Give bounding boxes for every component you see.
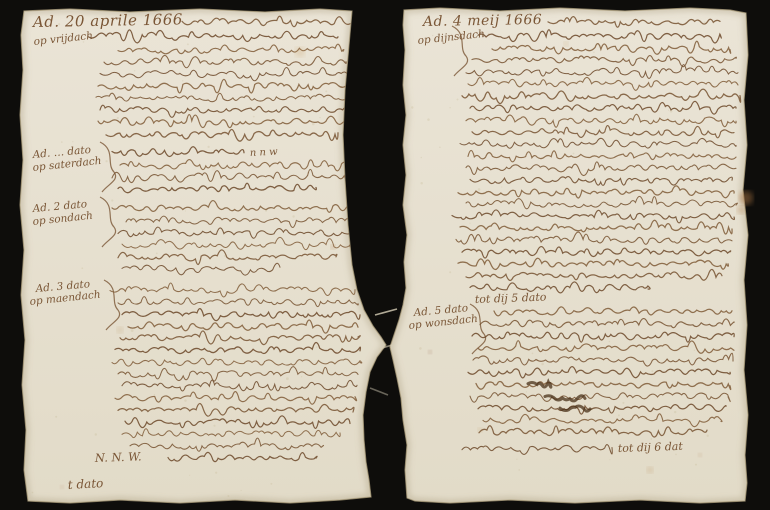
paper-speckle bbox=[707, 435, 709, 437]
paper-speckle bbox=[301, 376, 302, 377]
paper-speckle bbox=[650, 438, 652, 440]
paper-speckle bbox=[189, 475, 190, 476]
paper-speckle bbox=[227, 495, 229, 497]
foxing-stain bbox=[428, 350, 432, 354]
paper-speckle bbox=[609, 341, 611, 343]
inline-word: N. N. W. bbox=[94, 449, 142, 465]
paper-speckle bbox=[573, 153, 575, 155]
paper-speckle bbox=[427, 118, 430, 121]
paper-speckle bbox=[156, 253, 158, 255]
foxing-stain bbox=[647, 467, 653, 473]
foxing-stain bbox=[295, 47, 305, 57]
left-page: Ad. 20 aprile 1666op vrijdachAd. … datoo… bbox=[20, 9, 386, 503]
paper-speckle bbox=[106, 160, 108, 162]
paper-speckle bbox=[241, 490, 242, 491]
paper-speckle bbox=[207, 146, 209, 148]
inline-word: tot dij 6 dat bbox=[618, 440, 684, 455]
paper-speckle bbox=[674, 411, 676, 413]
paper-speckle bbox=[182, 80, 183, 81]
paper-speckle bbox=[618, 414, 620, 416]
paper-speckle bbox=[286, 377, 289, 380]
foxing-stain bbox=[117, 327, 123, 333]
paper-speckle bbox=[32, 492, 34, 494]
foxing-stain bbox=[739, 191, 753, 205]
paper-speckle bbox=[469, 223, 470, 224]
paper-speckle bbox=[292, 215, 294, 217]
paper-speckle bbox=[55, 416, 57, 418]
paper-speckle bbox=[651, 370, 653, 372]
paper-speckle bbox=[587, 230, 589, 232]
paper-speckle bbox=[270, 483, 272, 485]
inline-word: t dato bbox=[67, 476, 103, 492]
paper-speckle bbox=[526, 391, 527, 392]
paper-speckle bbox=[695, 464, 697, 466]
paper-speckle bbox=[154, 394, 155, 395]
paper-speckle bbox=[253, 116, 255, 118]
paper-speckle bbox=[61, 141, 63, 143]
inline-word: tot dij 5 dato bbox=[475, 290, 547, 306]
foxing-stain bbox=[60, 485, 64, 489]
paper-speckle bbox=[694, 350, 695, 351]
paper-speckle bbox=[420, 182, 422, 184]
paper-speckle bbox=[592, 145, 593, 146]
paper-speckle bbox=[325, 90, 327, 92]
paper-speckle bbox=[675, 454, 677, 456]
paper-speckle bbox=[421, 157, 422, 158]
manuscript-photo: Ad. 20 aprile 1666op vrijdachAd. … datoo… bbox=[0, 0, 770, 510]
paper-speckle bbox=[457, 99, 459, 101]
paper-speckle bbox=[312, 123, 315, 126]
foxing-stain bbox=[564, 42, 569, 47]
paper-speckle bbox=[150, 226, 151, 227]
foxing-stain bbox=[212, 166, 216, 170]
paper-speckle bbox=[117, 117, 119, 119]
paper-speckle bbox=[478, 188, 481, 191]
foxing-stain bbox=[737, 206, 745, 214]
paper-speckle bbox=[532, 353, 534, 355]
paper-speckle bbox=[319, 117, 320, 118]
paper-speckle bbox=[419, 347, 422, 350]
foxing-stain bbox=[331, 245, 336, 250]
paper-speckle bbox=[81, 267, 83, 269]
paper-speckle bbox=[695, 373, 696, 374]
foxing-stain bbox=[698, 453, 702, 457]
paper-speckle bbox=[185, 210, 186, 211]
paper-speckle bbox=[95, 433, 97, 435]
paper-speckle bbox=[668, 110, 669, 111]
foxing-stain bbox=[478, 428, 483, 433]
right-page: Ad. 4 meij 1666op dijnsdachAd. 5 datoop … bbox=[390, 8, 748, 503]
left-page-heading-date: Ad. 20 aprile 1666 bbox=[31, 10, 183, 31]
paper-speckle bbox=[593, 51, 594, 52]
inline-word: n n w bbox=[250, 147, 279, 159]
paper-speckle bbox=[609, 459, 610, 460]
paper-speckle bbox=[161, 379, 162, 380]
paper-speckle bbox=[215, 472, 217, 474]
paper-speckle bbox=[184, 399, 186, 401]
paper-speckle bbox=[622, 402, 624, 404]
paper-speckle bbox=[623, 318, 624, 319]
paper-speckle bbox=[316, 346, 318, 348]
paper-speckle bbox=[111, 199, 113, 201]
paper-speckle bbox=[545, 353, 546, 354]
paper-speckle bbox=[607, 202, 608, 203]
paper-speckle bbox=[439, 146, 441, 148]
paper-speckle bbox=[72, 141, 73, 142]
paper-speckle bbox=[704, 21, 706, 23]
paper-speckle bbox=[220, 361, 221, 362]
paper-speckle bbox=[449, 107, 450, 108]
paper-speckle bbox=[501, 186, 502, 187]
paper-speckle bbox=[131, 329, 134, 332]
paper-speckle bbox=[541, 363, 544, 366]
paper-speckle bbox=[516, 459, 517, 460]
paper-speckle bbox=[213, 425, 215, 427]
paper-speckle bbox=[411, 106, 413, 108]
paper-speckle bbox=[187, 43, 189, 45]
paper-speckle bbox=[449, 271, 451, 273]
paper-speckle bbox=[518, 469, 520, 471]
manuscript-scene: Ad. 20 aprile 1666op vrijdachAd. … datoo… bbox=[0, 0, 770, 510]
paper-speckle bbox=[134, 70, 135, 71]
